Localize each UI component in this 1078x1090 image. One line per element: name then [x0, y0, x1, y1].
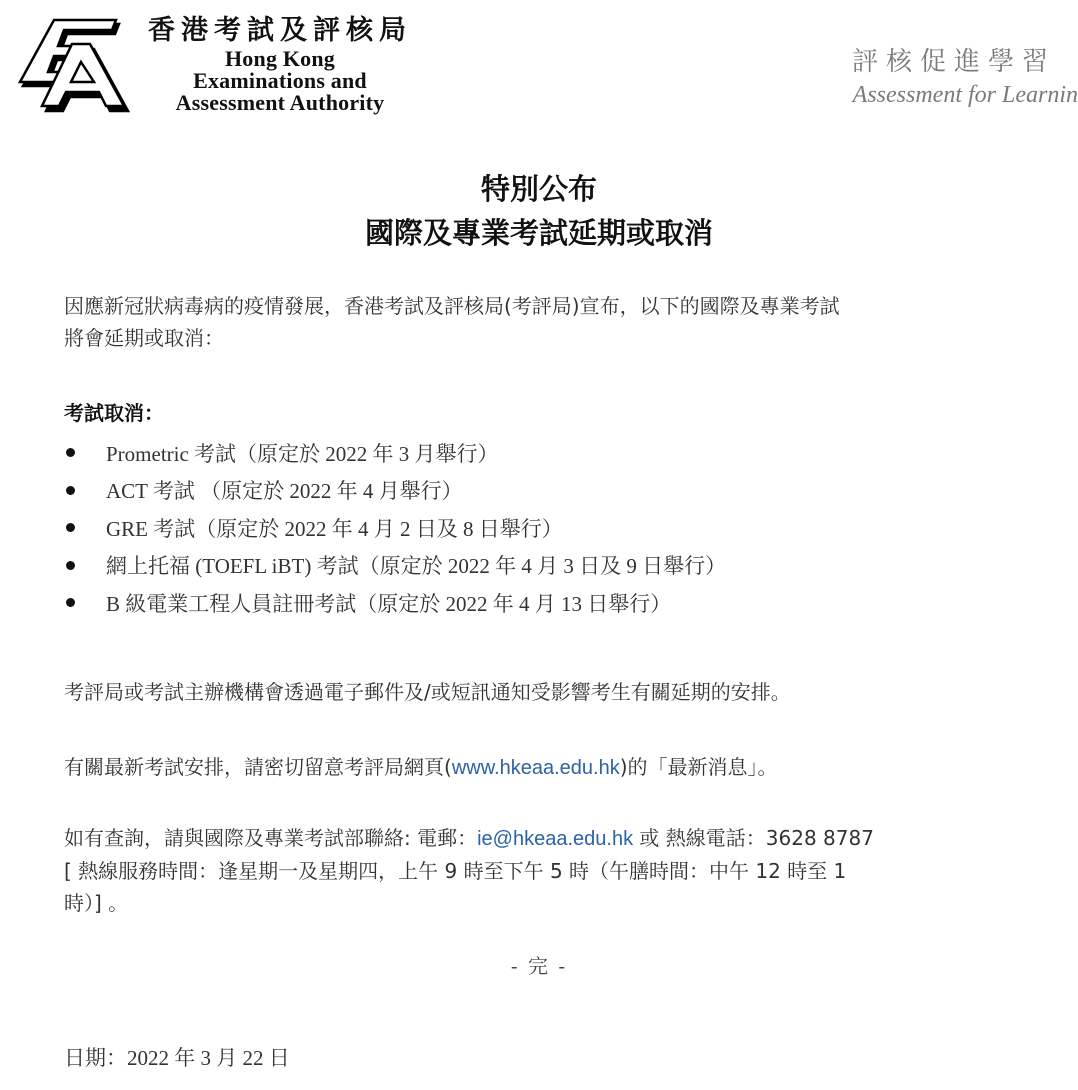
organization-name-en-line3: Assessment Authority [145, 92, 415, 114]
list-item: ACT 考試 （原定於 2022 年 4 月舉行） [64, 472, 726, 510]
end-mark: - 完 - [0, 950, 1078, 979]
list-item: 網上托福 (TOEFL iBT) 考試（原定於 2022 年 4 月 3 日及 … [64, 547, 726, 585]
list-item-label: B 級電業工程人員註冊考試（原定於 2022 年 4 月 13 日舉行） [106, 588, 671, 618]
intro-line-2: 將會延期或取消： [64, 322, 1024, 354]
list-item: B 級電業工程人員註冊考試（原定於 2022 年 4 月 13 日舉行） [64, 584, 726, 622]
bullet-icon [66, 448, 75, 457]
cancelled-exam-list: Prometric 考試（原定於 2022 年 3 月舉行） ACT 考試 （原… [64, 434, 726, 622]
list-item: Prometric 考試（原定於 2022 年 3 月舉行） [64, 434, 726, 472]
website-link[interactable]: www.hkeaa.edu.hk [452, 757, 620, 779]
bullet-icon [66, 523, 75, 532]
list-item-label: 網上托福 (TOEFL iBT) 考試（原定於 2022 年 4 月 3 日及 … [106, 550, 726, 580]
bullet-icon [66, 598, 75, 607]
organization-name-en-line2: Examinations and [145, 70, 415, 92]
page-title: 特別公布 [0, 168, 1078, 210]
hkeaa-ea-logo-icon [14, 14, 134, 114]
announcement-title: 特別公布 國際及專業考試延期或取消 [0, 168, 1078, 256]
latest-news-paragraph: 有關最新考試安排，請密切留意考評局網頁(www.hkeaa.edu.hk)的「最… [64, 751, 1024, 784]
email-link[interactable]: ie@hkeaa.edu.hk [477, 828, 633, 850]
slogan: 評核促進學習 Assessment for Learning [808, 44, 1078, 110]
enquiry-line-3: 時）] 。 [64, 887, 1024, 919]
hotline-text: 或 熱線電話：3628 8787 [633, 826, 874, 850]
page-subtitle: 國際及專業考試延期或取消 [0, 210, 1078, 256]
cancelled-heading: 考試取消： [64, 398, 164, 428]
list-item: GRE 考試（原定於 2022 年 4 月 2 日及 8 日舉行） [64, 509, 726, 547]
organization-name: 香港考試及評核局 Hong Kong Examinations and Asse… [145, 14, 415, 114]
enquiry-line-2: [ 熱線服務時間：逢星期一及星期四，上午 9 時至下午 5 時（午膳時間：中午 … [64, 855, 1024, 887]
bullet-icon [66, 561, 75, 570]
intro-paragraph: 因應新冠狀病毒病的疫情發展，香港考試及評核局(考評局)宣布，以下的國際及專業考試… [64, 290, 1024, 354]
letterhead: 香港考試及評核局 Hong Kong Examinations and Asse… [0, 0, 1078, 130]
issue-date: 日期：2022 年 3 月 22 日 [64, 1042, 290, 1072]
enquiry-text-before: 如有查詢，請與國際及專業考試部聯絡: 電郵： [64, 826, 477, 850]
slogan-zh: 評核促進學習 [808, 44, 1078, 80]
organization-name-zh: 香港考試及評核局 [145, 14, 415, 48]
latest-text-after: )的「最新消息」。 [620, 755, 778, 779]
organization-name-en-line1: Hong Kong [145, 48, 415, 70]
enquiry-paragraph: 如有查詢，請與國際及專業考試部聯絡: 電郵：ie@hkeaa.edu.hk 或 … [64, 822, 1024, 919]
enquiry-line-1: 如有查詢，請與國際及專業考試部聯絡: 電郵：ie@hkeaa.edu.hk 或 … [64, 822, 1024, 855]
notification-paragraph: 考評局或考試主辦機構會透過電子郵件及/或短訊通知受影響考生有關延期的安排。 [64, 676, 1024, 708]
intro-line-1: 因應新冠狀病毒病的疫情發展，香港考試及評核局(考評局)宣布，以下的國際及專業考試 [64, 290, 1024, 322]
slogan-en: Assessment for Learning [808, 80, 1078, 110]
list-item-label: ACT 考試 （原定於 2022 年 4 月舉行） [106, 475, 463, 505]
latest-text-before: 有關最新考試安排，請密切留意考評局網頁( [64, 755, 452, 779]
list-item-label: Prometric 考試（原定於 2022 年 3 月舉行） [106, 438, 499, 468]
list-item-label: GRE 考試（原定於 2022 年 4 月 2 日及 8 日舉行） [106, 513, 563, 543]
bullet-icon [66, 486, 75, 495]
